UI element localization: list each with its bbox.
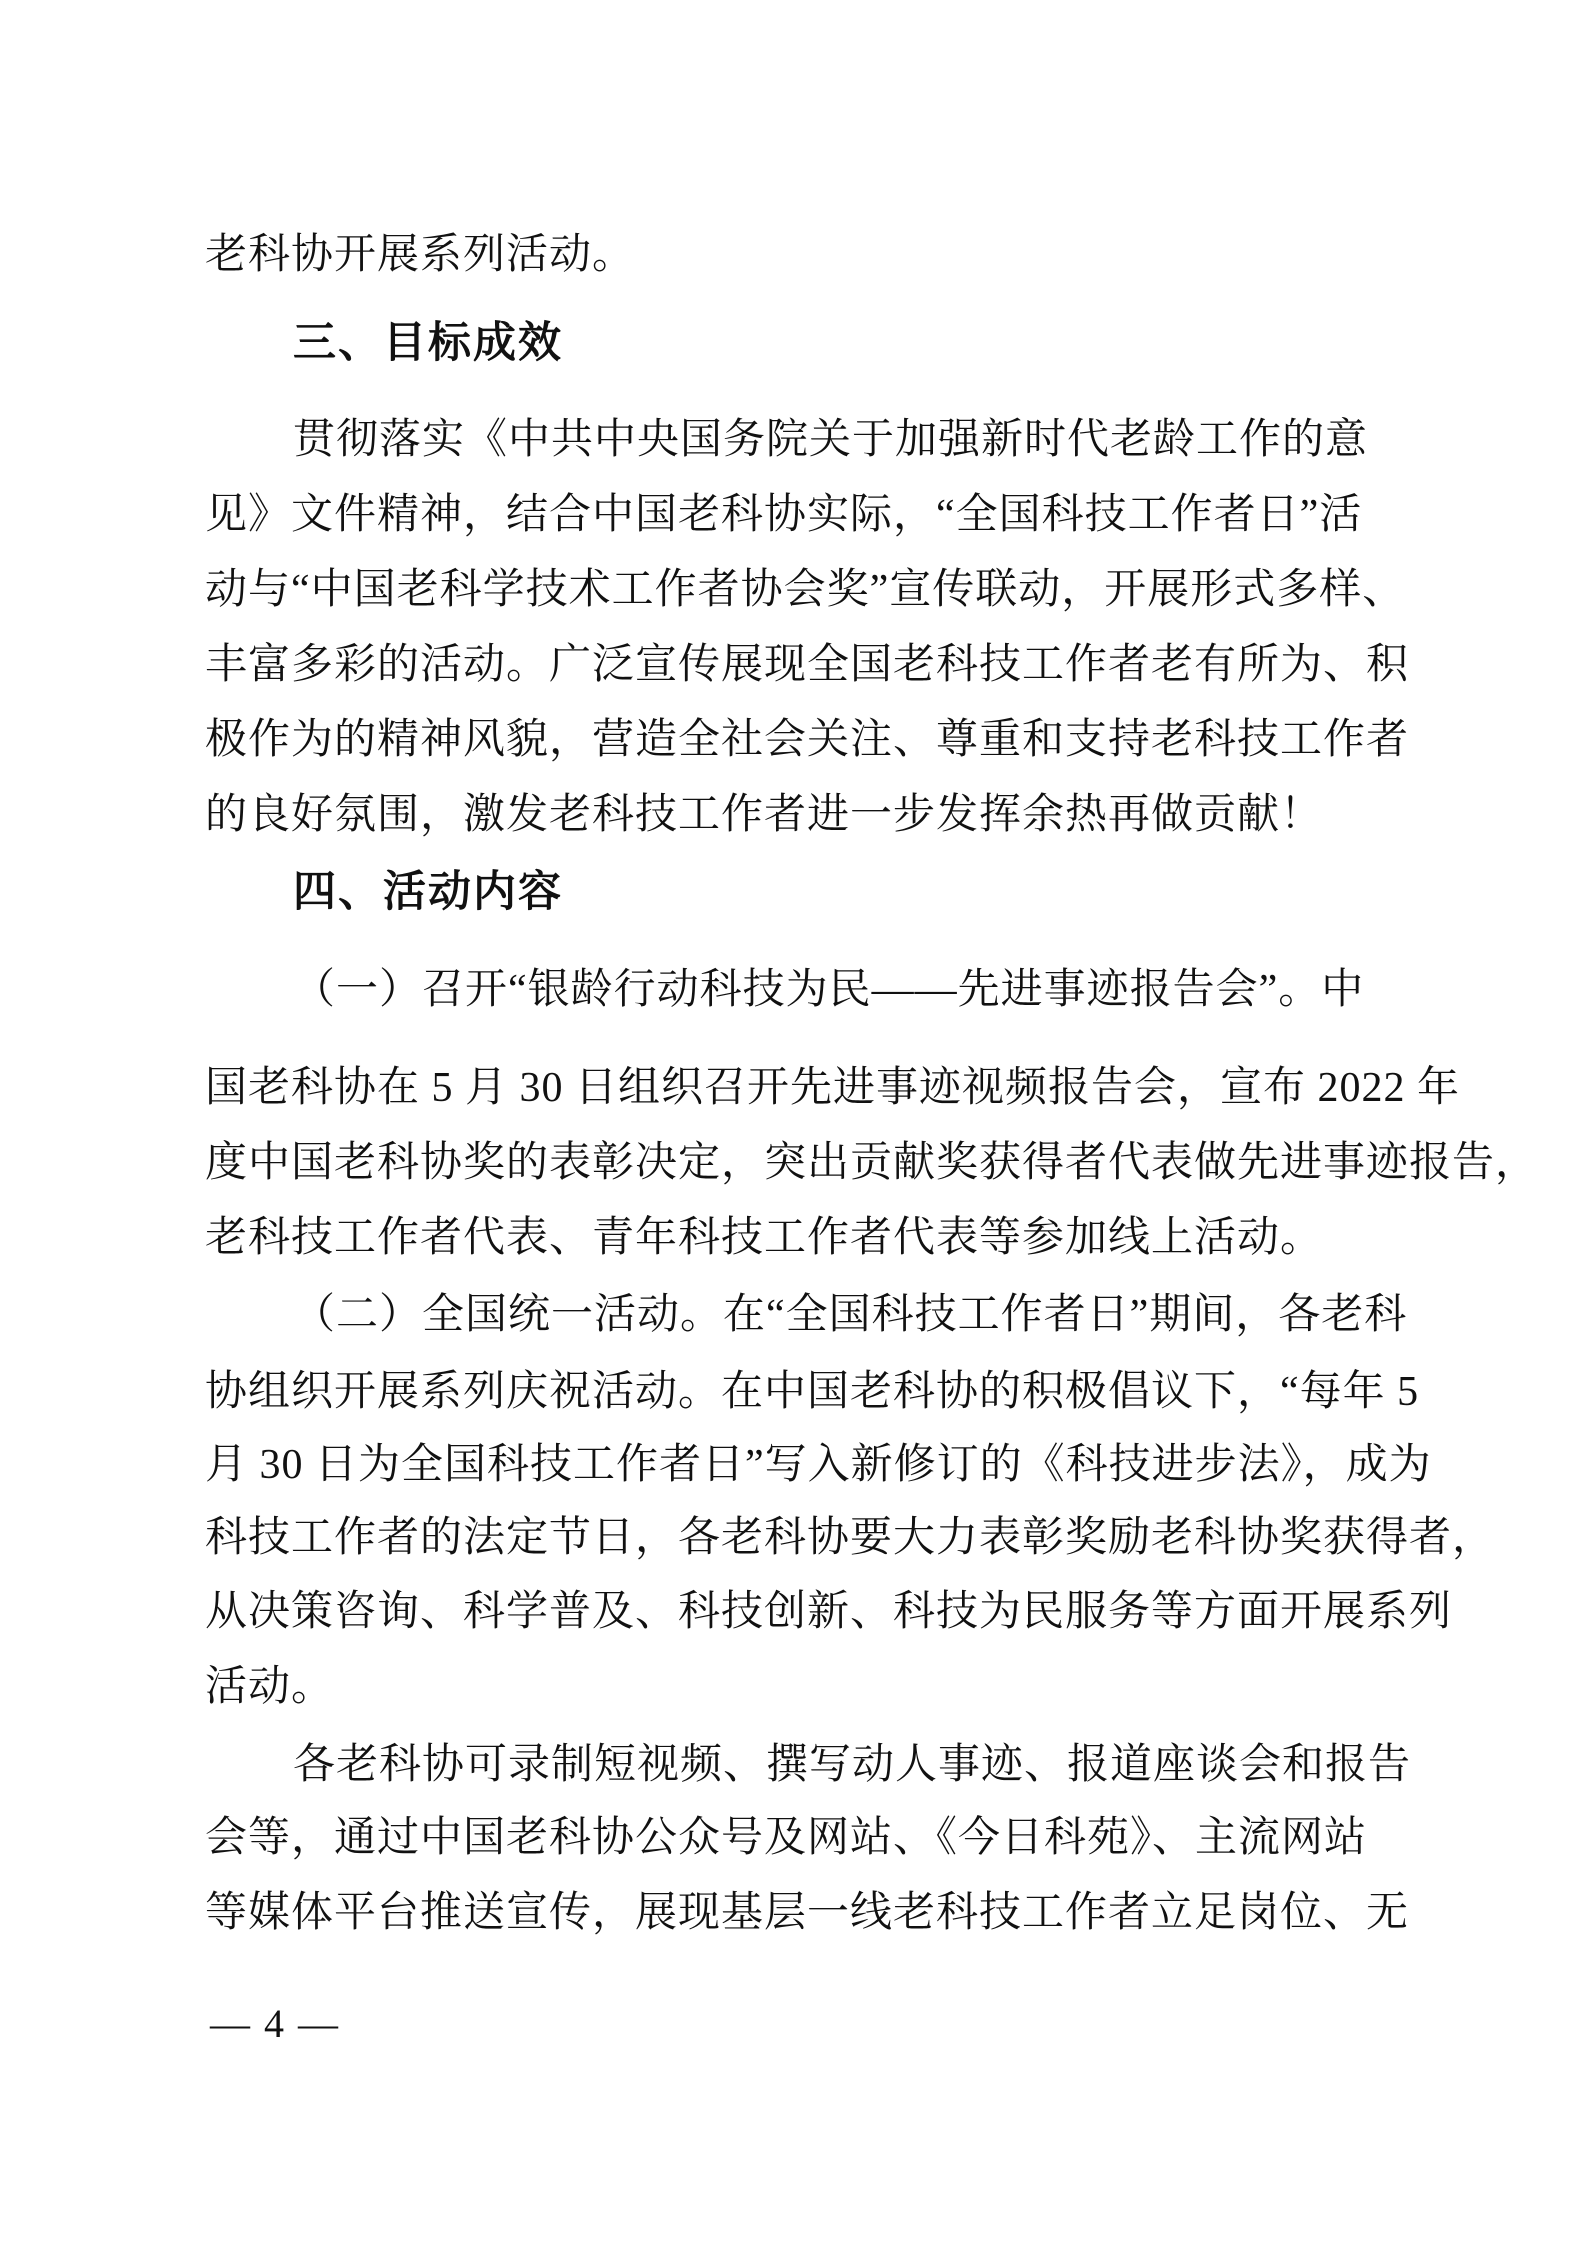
document-page: 老科协开展系列活动。三、目标成效贯彻落实《中共中央国务院关于加强新时代老龄工作的… <box>0 0 1588 2245</box>
text-line: 度中国老科协奖的表彰决定，突出贡献奖获得者代表做先进事迹报告， <box>205 1138 1465 1188</box>
text-line: （一）召开“银龄行动科技为民——先进事迹报告会”。中 <box>205 965 1553 1015</box>
document-body: 老科协开展系列活动。三、目标成效贯彻落实《中共中央国务院关于加强新时代老龄工作的… <box>0 0 1588 2245</box>
text-line: 老科协开展系列活动。 <box>205 230 1465 280</box>
text-line: 等媒体平台推送宣传，展现基层一线老科技工作者立足岗位、无 <box>205 1888 1465 1938</box>
page-number: — 4 — <box>210 2000 340 2047</box>
text-line: （二）全国统一活动。在“全国科技工作者日”期间，各老科 <box>205 1290 1553 1340</box>
section-heading: 三、目标成效 <box>205 318 1553 370</box>
text-line: 协组织开展系列庆祝活动。在中国老科协的积极倡议下，“每年 5 <box>205 1367 1465 1417</box>
text-line: 动与“中国老科学技术工作者协会奖”宣传联动，开展形式多样、 <box>205 565 1465 615</box>
text-line: 活动。 <box>205 1662 1465 1712</box>
text-line: 月 30 日为全国科技工作者日”写入新修订的《科技进步法》，成为 <box>205 1440 1465 1490</box>
section-heading: 四、活动内容 <box>205 867 1553 919</box>
text-line: 见》文件精神，结合中国老科协实际，“全国科技工作者日”活 <box>205 490 1465 540</box>
text-line: 极作为的精神风貌，营造全社会关注、尊重和支持老科技工作者 <box>205 715 1465 765</box>
text-line: 从决策咨询、科学普及、科技创新、科技为民服务等方面开展系列 <box>205 1587 1465 1637</box>
text-line: 的良好氛围，激发老科技工作者进一步发挥余热再做贡献！ <box>205 790 1465 840</box>
text-line: 各老科协可录制短视频、撰写动人事迹、报道座谈会和报告 <box>205 1740 1553 1790</box>
text-line: 贯彻落实《中共中央国务院关于加强新时代老龄工作的意 <box>205 415 1553 465</box>
text-line: 国老科协在 5 月 30 日组织召开先进事迹视频报告会，宣布 2022 年 <box>205 1063 1465 1113</box>
text-line: 会等，通过中国老科协公众号及网站、《今日科苑》、主流网站 <box>205 1813 1465 1863</box>
text-line: 科技工作者的法定节日，各老科协要大力表彰奖励老科协奖获得者， <box>205 1513 1465 1563</box>
text-line: 丰富多彩的活动。广泛宣传展现全国老科技工作者老有所为、积 <box>205 640 1465 690</box>
text-line: 老科技工作者代表、青年科技工作者代表等参加线上活动。 <box>205 1213 1465 1263</box>
